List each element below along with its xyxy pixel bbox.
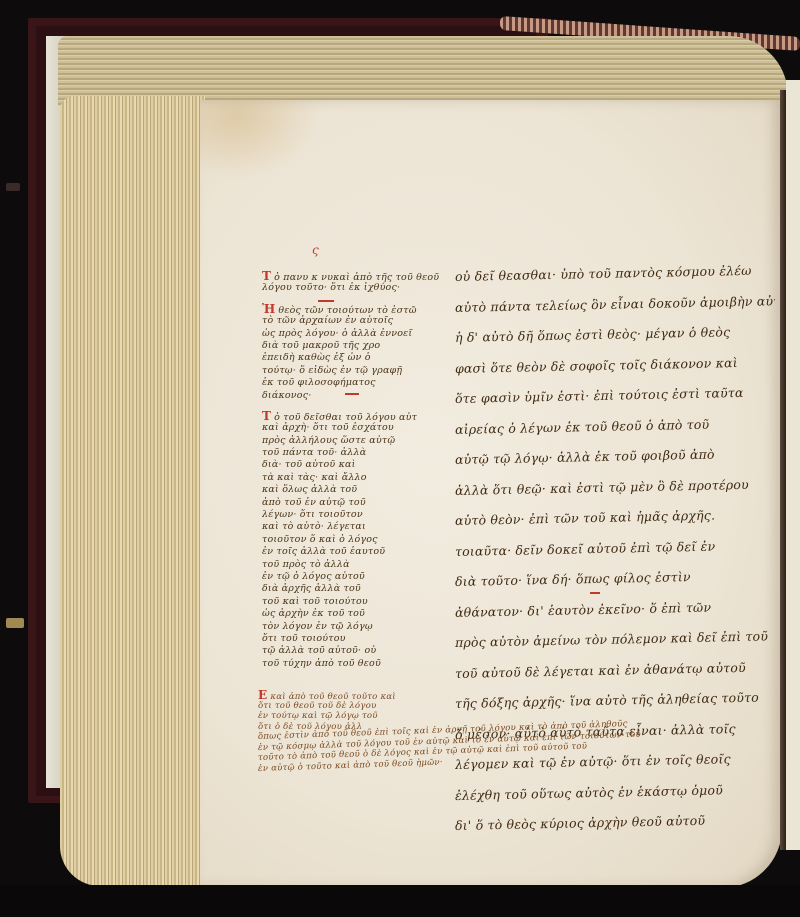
commentary-line: τοιοῦτον ὅ καὶ ὁ λόγος	[262, 534, 442, 546]
commentary-block: Τὁ τοῦ δεῖσθαι τοῦ λόγου αὐτ καὶ ἀρχὴ· ὅ…	[262, 410, 442, 670]
commentary-line: ἐκ τοῦ φιλοσοφήματος	[262, 377, 442, 389]
rubric-initial: Τ	[262, 270, 271, 282]
clasp-pin-upper-icon	[6, 183, 20, 191]
rubric-mark	[590, 592, 600, 594]
commentary-block: Ἠθεὸς τῶν τοιούτων τὸ ἑστῶ τὸ τῶν ἀρχαίω…	[262, 303, 442, 402]
commentary-line: διὰ ἀρχῆς ἀλλὰ τοῦ	[262, 583, 442, 595]
scholion-line: Εκαὶ ἀπὸ τοῦ θεοῦ τοῦτο καὶ	[258, 690, 778, 701]
commentary-line: διὰ τοῦ μακροῦ τῆς χρο	[262, 340, 442, 352]
commentary-line: ἐπειδὴ καθὼς ἐξ ὧν ὁ	[262, 352, 442, 364]
commentary-line: ἐν τοῖς ἀλλὰ τοῦ ἑαυτοῦ	[262, 546, 442, 558]
facing-page-edge: ΙΙ	[786, 80, 800, 850]
rubric-mark	[345, 393, 359, 395]
bottom-scholion: Εκαὶ ἀπὸ τοῦ θεοῦ τοῦτο καὶ ὅτι τοῦ θεοῦ…	[258, 690, 778, 774]
commentary-line: Ἠθεὸς τῶν τοιούτων τὸ ἑστῶ	[262, 303, 442, 315]
commentary-column: Τὁ πανυ κ νυκαὶ ἀπὸ τῆς τοῦ θεοῦ λόγου τ…	[262, 270, 442, 678]
text-block-fore-edge	[60, 96, 205, 886]
commentary-line: ὅτι τοῦ τοιούτου	[262, 633, 442, 645]
commentary-line: ὡς ἀρχὴν ἐκ τοῦ τοῦ	[262, 608, 442, 620]
commentary-line: ὡς πρὸς λόγου· ὁ ἀλλὰ ἐννοεῖ	[262, 328, 442, 340]
commentary-line: λέγων· ὅτι τοιοῦτον	[262, 509, 442, 521]
commentary-line: Τὁ τοῦ δεῖσθαι τοῦ λόγου αὐτ	[262, 410, 442, 422]
commentary-block: Τὁ πανυ κ νυκαὶ ἀπὸ τῆς τοῦ θεοῦ λόγου τ…	[262, 270, 442, 295]
commentary-line: τοῦ τύχην ἀπὸ τοῦ θεοῦ	[262, 658, 442, 670]
commentary-line: τὸ τῶν ἀρχαίων ἐν αὐτοῖς	[262, 315, 442, 327]
page-stain	[200, 100, 320, 180]
rubric-mark	[318, 300, 334, 302]
commentary-line: ἀπὸ τοῦ ἐν αὐτῷ τοῦ	[262, 497, 442, 509]
commentary-line: τὸν λόγον ἐν τῷ λόγῳ	[262, 621, 442, 633]
commentary-line: τοῦ πρὸς τὸ ἀλλὰ	[262, 559, 442, 571]
rubric-initial: Ἠ	[262, 303, 275, 315]
commentary-line: Τὁ πανυ κ νυκαὶ ἀπὸ τῆς τοῦ θεοῦ	[262, 270, 442, 282]
gutter	[780, 90, 786, 850]
rubric-initial: Ε	[258, 690, 267, 701]
commentary-line: καὶ ὅλως ἀλλὰ τοῦ	[262, 484, 442, 496]
commentary-line: τοῦ πάντα τοῦ· ἀλλὰ	[262, 447, 442, 459]
commentary-line: τούτῳ· ὅ εἰδὼς ἐν τῷ γραφῇ	[262, 365, 442, 377]
scholion-line: ὅτι τοῦ θεοῦ τοῦ δὲ λόγου	[258, 701, 778, 712]
commentary-line: πρὸς ἀλλήλους ὥστε αὐτῷ	[262, 435, 442, 447]
commentary-line: τοῦ καὶ τοῦ τοιούτου	[262, 596, 442, 608]
commentary-line: καὶ ἀρχὴ· ὅτι τοῦ ἐσχάτου	[262, 422, 442, 434]
clasp-pin-icon	[6, 618, 24, 628]
commentary-line: διὰ· τοῦ αὐτοῦ καὶ	[262, 459, 442, 471]
commentary-line: τὰ καὶ τὰς· καὶ ἄλλο	[262, 472, 442, 484]
commentary-line: ἐν τῷ ὁ λόγος αὐτοῦ	[262, 571, 442, 583]
folio-mark: ς	[312, 243, 319, 257]
commentary-line: λόγου τοῦτο· ὅτι ἐκ ἰχθύος·	[262, 282, 442, 294]
main-text-line: δι' ὅ τὸ θεὸς κύριος ἀρχὴν θεοῦ αὐτοῦ	[455, 804, 776, 841]
background-shadow	[0, 885, 800, 917]
rubric-initial: Τ	[262, 410, 271, 422]
commentary-line: τῷ ἀλλὰ τοῦ αὐτοῦ· οὐ	[262, 645, 442, 657]
commentary-line: καὶ τὸ αὐτὸ· λέγεται	[262, 521, 442, 533]
commentary-line: διάκονος·	[262, 390, 442, 402]
